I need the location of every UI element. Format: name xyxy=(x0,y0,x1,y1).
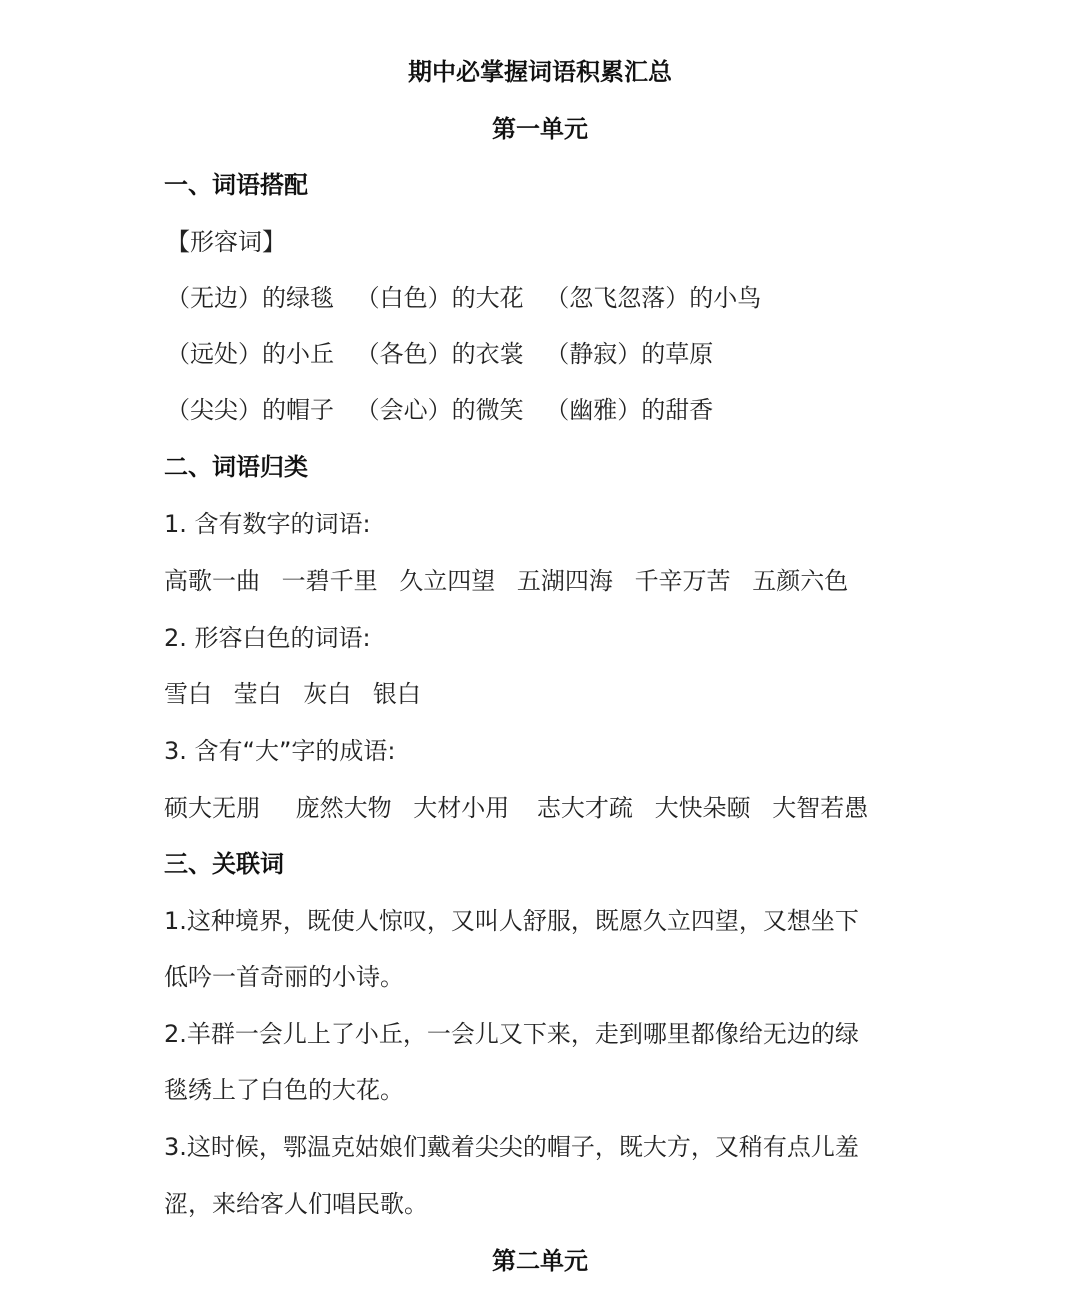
word-item: 大智若愚 xyxy=(772,792,868,824)
word-item: 千辛万苦 xyxy=(635,565,731,597)
collocation-item: （尖尖）的帽子 xyxy=(166,394,334,426)
unit-1-heading: 第一单元 xyxy=(0,113,1080,145)
collocation-item: （静寂）的草原 xyxy=(545,338,713,370)
group-3-label: 3. 含有“大”字的成语: xyxy=(164,735,395,767)
sentence-3-line-1: 3.这时候，鄂温克姑娘们戴着尖尖的帽子，既大方，又稍有点儿羞 xyxy=(164,1131,859,1163)
collocation-item: （各色）的衣裳 xyxy=(356,338,524,370)
word-item: 莹白 xyxy=(234,678,282,710)
group-2-label: 2. 形容白色的词语: xyxy=(164,622,371,654)
sentence-2-line-2: 毯绣上了白色的大花。 xyxy=(164,1074,404,1106)
collocation-row: （尖尖）的帽子 （会心）的微笑 （幽雅）的甜香 xyxy=(166,394,713,426)
word-item: 庞然大物 xyxy=(296,792,392,824)
word-item: 灰白 xyxy=(303,678,351,710)
collocation-item: （远处）的小丘 xyxy=(166,338,334,370)
collocation-row: （无边）的绿毯 （白色）的大花 （忽飞忽落）的小鸟 xyxy=(166,282,761,314)
group-1-words: 高歌一曲 一碧千里 久立四望 五湖四海 千辛万苦 五颜六色 xyxy=(164,565,848,597)
word-item: 大材小用 xyxy=(413,792,509,824)
collocation-item: （白色）的大花 xyxy=(356,282,524,314)
word-item: 久立四望 xyxy=(399,565,495,597)
collocation-item: （会心）的微笑 xyxy=(356,394,524,426)
sentence-1-line-1: 1.这种境界，既使人惊叹，又叫人舒服，既愿久立四望，又想坐下 xyxy=(164,905,859,937)
unit-2-heading: 第二单元 xyxy=(0,1245,1080,1277)
word-item: 志大才疏 xyxy=(537,792,633,824)
section-1-heading: 一、词语搭配 xyxy=(164,169,308,201)
sentence-2-line-1: 2.羊群一会儿上了小丘，一会儿又下来，走到哪里都像给无边的绿 xyxy=(164,1018,859,1050)
group-3-words: 硕大无朋 庞然大物 大材小用 志大才疏 大快朵颐 大智若愚 xyxy=(164,792,868,824)
adjective-subheading: 【形容词】 xyxy=(166,226,286,258)
section-2-heading: 二、词语归类 xyxy=(164,451,308,483)
collocation-item: （忽飞忽落）的小鸟 xyxy=(545,282,761,314)
group-2-words: 雪白 莹白 灰白 银白 xyxy=(164,678,421,710)
word-item: 五颜六色 xyxy=(752,565,848,597)
sentence-1-line-2: 低吟一首奇丽的小诗。 xyxy=(164,961,404,993)
word-item: 五湖四海 xyxy=(517,565,613,597)
word-item: 大快朵颐 xyxy=(655,792,751,824)
word-item: 硕大无朋 xyxy=(164,792,260,824)
word-item: 雪白 xyxy=(164,678,212,710)
collocation-row: （远处）的小丘 （各色）的衣裳 （静寂）的草原 xyxy=(166,338,713,370)
collocation-item: （幽雅）的甜香 xyxy=(545,394,713,426)
word-item: 高歌一曲 xyxy=(164,565,260,597)
document-title: 期中必掌握词语积累汇总 xyxy=(0,56,1080,88)
word-item: 一碧千里 xyxy=(282,565,378,597)
word-item: 银白 xyxy=(373,678,421,710)
collocation-item: （无边）的绿毯 xyxy=(166,282,334,314)
group-1-label: 1. 含有数字的词语: xyxy=(164,508,371,540)
section-3-heading: 三、关联词 xyxy=(164,848,284,880)
sentence-3-line-2: 涩，来给客人们唱民歌。 xyxy=(164,1188,428,1220)
